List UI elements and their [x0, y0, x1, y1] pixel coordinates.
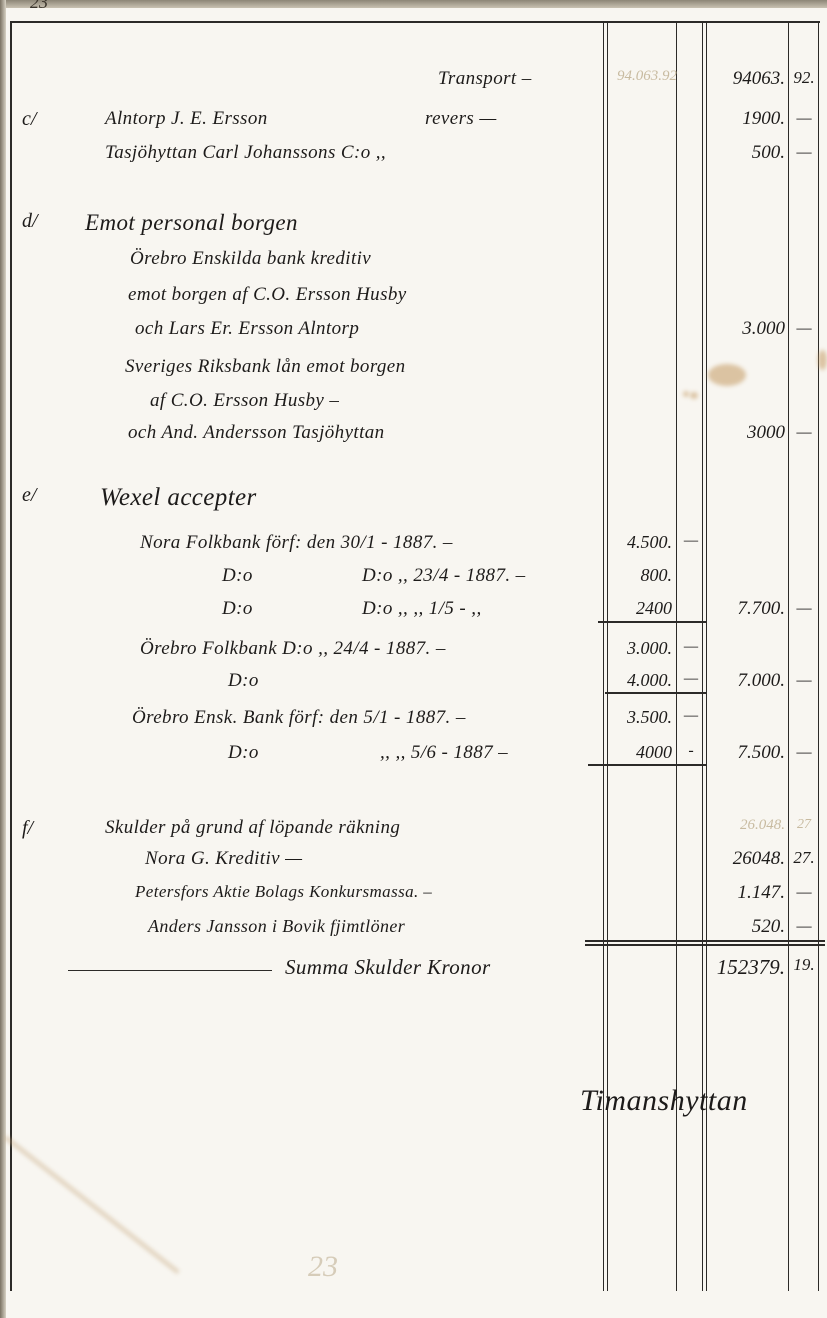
row-label: Nora G. Kreditiv — — [145, 848, 302, 870]
total-ore: 19. — [791, 955, 817, 975]
row-label: Sveriges Riksbank lån emot borgen — [125, 356, 406, 378]
section-marker: c/ — [22, 108, 36, 131]
ledger-row: Örebro Enskilda bank kreditiv — [0, 248, 827, 274]
ditto-mark: D:o — [228, 670, 259, 692]
row-ore: — — [791, 916, 817, 936]
ledger-row-transport: Transport – 94.063.92 94063. 92. — [0, 68, 827, 94]
total-amount: 152379. — [717, 955, 785, 980]
ledger-row: D:o D:o ,, ,, 1/5 - ,, 2400 7.700. — — [0, 598, 827, 624]
row-subamount: 4.500. — [627, 532, 672, 553]
row-subore: — — [683, 707, 699, 725]
row-amount: 7.700. — [738, 598, 786, 620]
corner-smear — [4, 1135, 180, 1274]
row-ore: — — [791, 598, 817, 618]
total-double-rule-b — [585, 944, 825, 946]
pencil-note: 94.063.92 — [617, 68, 677, 85]
section-marker: d/ — [22, 210, 38, 233]
section-heading-f: f/ Skulder på grund af löpande räkning 2… — [0, 817, 827, 843]
row-subamount: 4.000. — [627, 670, 672, 691]
row-ore: 27. — [791, 848, 817, 868]
row-ore: 92. — [791, 68, 817, 88]
ledger-row: D:o ,, ,, 5/6 - 1887 – 4000 - 7.500. — — [0, 742, 827, 768]
row-label: D:o ,, ,, 1/5 - ,, — [362, 598, 482, 620]
section-marker: f/ — [22, 817, 33, 840]
ledger-page: 23 Transport – 94.063.92 94063. 92. c/ A… — [0, 0, 827, 1318]
row-amount: 500. — [752, 142, 785, 164]
ledger-row: emot borgen af C.O. Ersson Husby — [0, 284, 827, 310]
row-ore: — — [791, 142, 817, 162]
row-ore: — — [791, 318, 817, 338]
row-label: Petersfors Aktie Bolags Konkursmassa. – — [135, 882, 432, 902]
row-amount: 1900. — [742, 108, 785, 130]
row-subore: - — [683, 742, 699, 760]
row-ore: — — [791, 108, 817, 128]
row-amount: 3000 — [747, 422, 785, 444]
row-subore: — — [683, 638, 699, 656]
page-top-edge — [0, 0, 827, 8]
row-label: Anders Jansson i Bovik fjimtlöner — [148, 916, 405, 937]
row-label: Örebro Ensk. Bank förf: den 5/1 - 1887. … — [132, 707, 466, 729]
ledger-row: c/ Alntorp J. E. Ersson revers — 1900. — — [0, 108, 827, 134]
ditto-mark: D:o — [222, 565, 253, 587]
row-amount: 3.000 — [742, 318, 785, 340]
section-title: Emot personal borgen — [85, 210, 298, 236]
top-rule — [10, 21, 820, 23]
row-label: D:o ,, 23/4 - 1887. – — [362, 565, 526, 587]
row-note: revers — — [425, 108, 497, 130]
row-amount: 94063. — [733, 68, 785, 90]
row-label: Nora Folkbank förf: den 30/1 - 1887. – — [140, 532, 453, 554]
row-subamount: 3.000. — [627, 638, 672, 659]
ledger-row: Nora G. Kreditiv — 26048. 27. — [0, 848, 827, 874]
ledger-row: Örebro Ensk. Bank förf: den 5/1 - 1887. … — [0, 707, 827, 733]
pencil-note: 27 — [791, 817, 817, 833]
signature: Timanshyttan — [580, 1084, 748, 1118]
row-label: Örebro Enskilda bank kreditiv — [130, 248, 371, 270]
ledger-row: Nora Folkbank förf: den 30/1 - 1887. – 4… — [0, 532, 827, 558]
row-ore: — — [791, 422, 817, 442]
ledger-row: Tasjöhyttan Carl Johanssons C:o ,, 500. … — [0, 142, 827, 168]
row-label: emot borgen af C.O. Ersson Husby — [128, 284, 407, 306]
pencil-note: 26.048. — [740, 817, 785, 834]
row-label: Transport – — [438, 68, 532, 90]
ledger-row: Anders Jansson i Bovik fjimtlöner 520. — — [0, 916, 827, 942]
section-heading-e: e/ Wexel accepter — [0, 484, 827, 510]
ditto-mark: D:o — [222, 598, 253, 620]
row-ore: — — [791, 882, 817, 902]
row-ore: — — [791, 670, 817, 690]
row-amount: 26048. — [733, 848, 785, 870]
section-title: Skulder på grund af löpande räkning — [105, 817, 400, 839]
ledger-row: Petersfors Aktie Bolags Konkursmassa. – … — [0, 882, 827, 908]
ledger-row: och Lars Er. Ersson Alntorp 3.000 — — [0, 318, 827, 344]
row-label: Örebro Folkbank D:o ,, 24/4 - 1887. – — [140, 638, 446, 660]
row-label: och And. Andersson Tasjöhyttan — [128, 422, 385, 444]
ledger-row: Sveriges Riksbank lån emot borgen — [0, 356, 827, 382]
row-amount: 7.500. — [738, 742, 786, 764]
row-subamount: 800. — [641, 565, 673, 586]
section-title: Wexel accepter — [100, 484, 257, 512]
pencil-page-number: 23 — [308, 1250, 338, 1284]
row-label: Tasjöhyttan Carl Johanssons C:o ,, — [105, 142, 386, 164]
ledger-total-row: Summa Skulder Kronor 152379. 19. — [0, 955, 827, 981]
row-subamount: 2400 — [636, 598, 672, 619]
row-subamount: 4000 — [636, 742, 672, 763]
row-label: af C.O. Ersson Husby – — [150, 390, 339, 412]
row-label: och Lars Er. Ersson Alntorp — [135, 318, 359, 340]
row-amount: 7.000. — [738, 670, 786, 692]
row-subore: — — [683, 670, 699, 688]
row-amount: 520. — [752, 916, 785, 938]
row-amount: 1.147. — [738, 882, 786, 904]
row-subore: — — [683, 532, 699, 550]
ledger-row: af C.O. Ersson Husby – — [0, 390, 827, 416]
section-marker: e/ — [22, 484, 36, 507]
row-subamount: 3.500. — [627, 707, 672, 728]
ditto-mark: D:o — [228, 742, 259, 764]
ledger-row: och And. Andersson Tasjöhyttan 3000 — — [0, 422, 827, 448]
total-label: Summa Skulder Kronor — [285, 955, 491, 980]
row-label: ,, ,, 5/6 - 1887 – — [380, 742, 508, 764]
section-heading-d: d/ Emot personal borgen — [0, 210, 827, 236]
ledger-row: Örebro Folkbank D:o ,, 24/4 - 1887. – 3.… — [0, 638, 827, 664]
row-label: Alntorp J. E. Ersson — [105, 108, 268, 130]
ledger-row: D:o D:o ,, 23/4 - 1887. – 800. — [0, 565, 827, 591]
row-ore: — — [791, 742, 817, 762]
page-number: 23 — [30, 0, 48, 13]
ledger-row: D:o 4.000. — 7.000. — — [0, 670, 827, 696]
